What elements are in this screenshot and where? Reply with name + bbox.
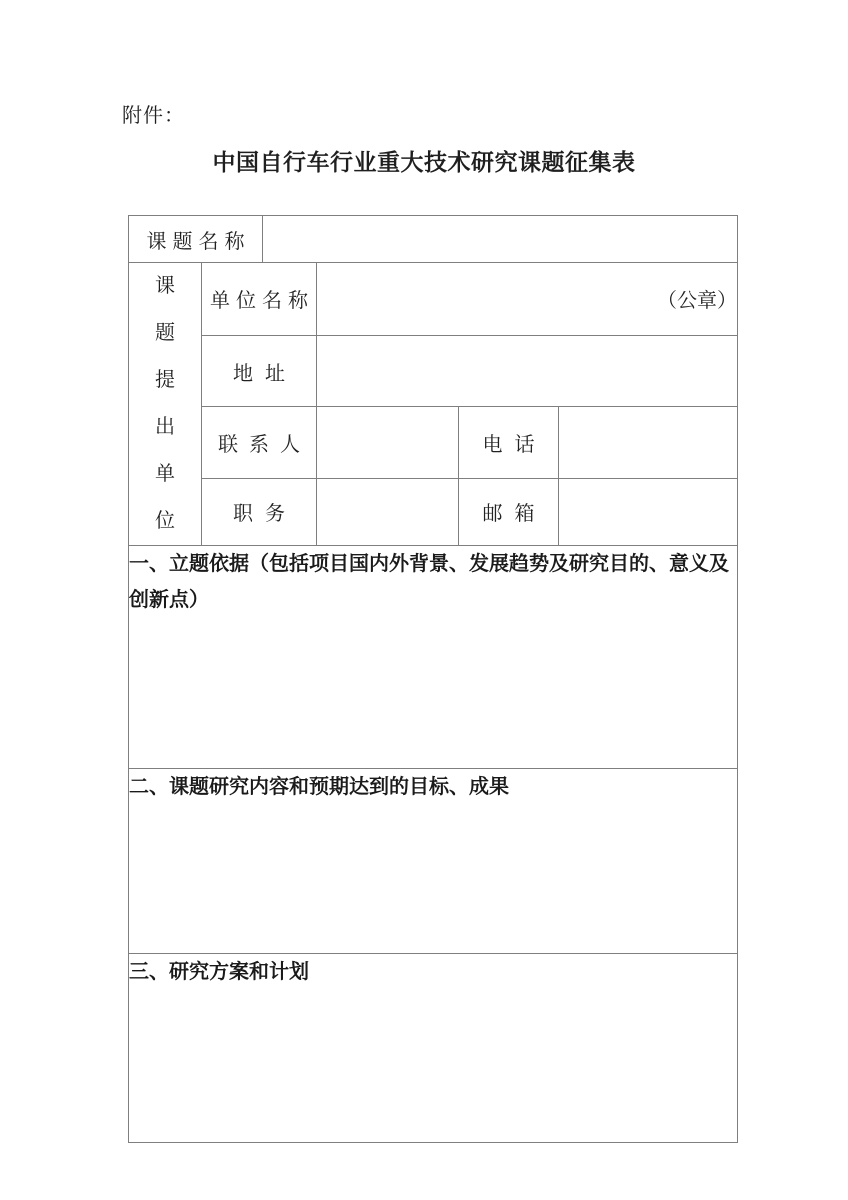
project-name-value-cell [263,216,738,263]
section-1-heading: 一、立题依据（包括项目国内外背景、发展趋势及研究目的、意义及创新点） [129,546,737,618]
email-label: 邮箱 [459,478,559,545]
attachment-label: 附件： [122,103,185,129]
address-label: 地址 [202,335,317,406]
position-value-cell [317,478,459,545]
proposing-unit-label-line: 单位 [129,451,201,545]
row-address: 地址 [129,335,738,406]
position-label: 职务 [202,478,317,545]
section-2-cell: 二、课题研究内容和预期达到的目标、成果 [129,769,738,954]
email-value-cell [559,478,738,545]
row-contact: 联系人 电话 [129,407,738,478]
contact-value-cell [317,407,459,478]
seal-label: （公章） [657,290,737,312]
proposing-unit-label: 课题 提出 单位 [129,263,202,546]
row-unit-name: 课题 提出 单位 单位名称 （公章） [129,263,738,336]
section-1-cell: 一、立题依据（包括项目国内外背景、发展趋势及研究目的、意义及创新点） [129,546,738,769]
row-project-name: 课题名称 [129,216,738,263]
address-value-cell [317,335,738,406]
row-section-1: 一、立题依据（包括项目国内外背景、发展趋势及研究目的、意义及创新点） [129,546,738,769]
project-form-table: 课题名称 课题 提出 单位 单位名称 （公章） 地址 联系人 电话 职务 [128,215,738,1143]
unit-name-value-cell: （公章） [317,263,738,336]
contact-label: 联系人 [202,407,317,478]
document-page: 附件： 中国自行车行业重大技术研究课题征集表 课题名称 课题 提出 单位 单位名… [0,0,848,1200]
row-position: 职务 邮箱 [129,478,738,545]
row-section-3: 三、研究方案和计划 [129,954,738,1143]
phone-label: 电话 [459,407,559,478]
proposing-unit-label-line: 提出 [129,357,201,451]
section-2-heading: 二、课题研究内容和预期达到的目标、成果 [129,769,737,805]
section-3-cell: 三、研究方案和计划 [129,954,738,1143]
project-name-label: 课题名称 [129,216,263,263]
phone-value-cell [559,407,738,478]
document-title: 中国自行车行业重大技术研究课题征集表 [0,147,848,179]
proposing-unit-label-line: 课题 [129,263,201,357]
row-section-2: 二、课题研究内容和预期达到的目标、成果 [129,769,738,954]
unit-name-label: 单位名称 [202,263,317,336]
section-3-heading: 三、研究方案和计划 [129,954,737,990]
